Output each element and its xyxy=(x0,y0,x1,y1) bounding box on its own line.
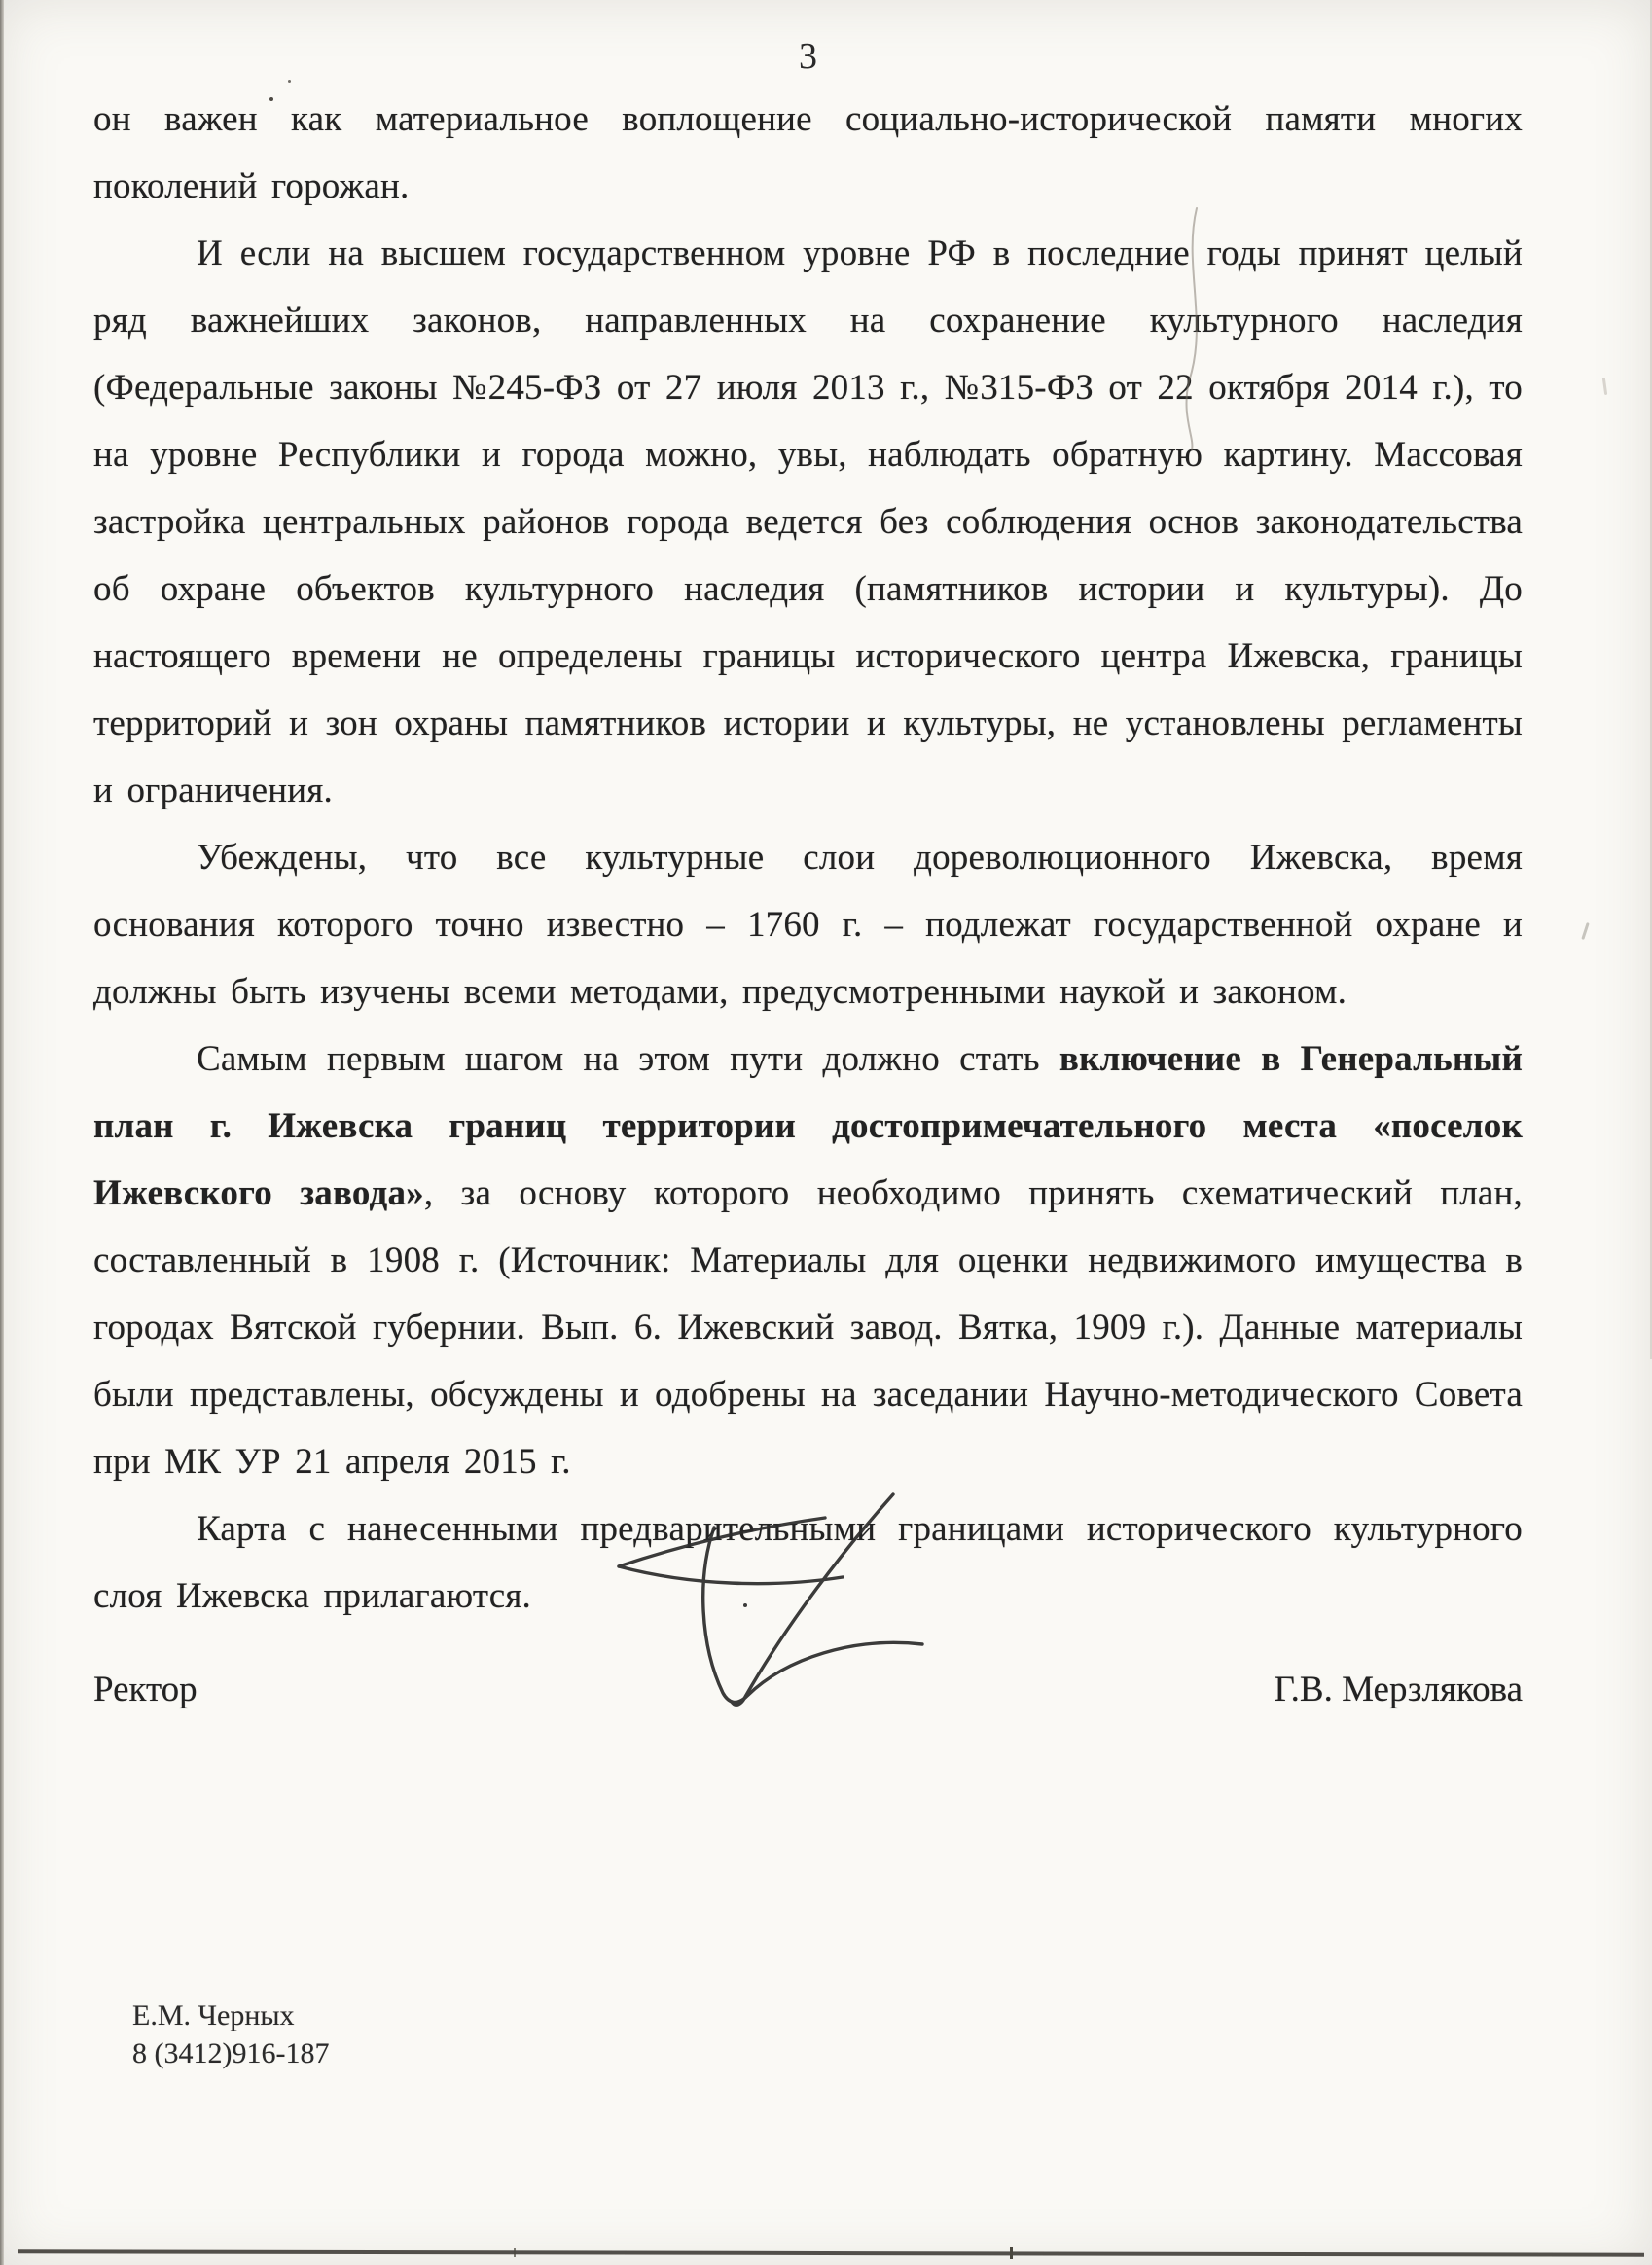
signatory-role-label: Ректор xyxy=(93,1669,198,1710)
paragraph-3-text: Убеждены, что все культурные слои дорево… xyxy=(93,838,1523,1012)
paragraph-4: Самым первым шагом на этом пути должно с… xyxy=(93,1025,1523,1495)
scan-ink-dot xyxy=(269,97,273,101)
scan-bottom-tick xyxy=(514,2248,516,2257)
contact-phone: 8 (3412)916-187 xyxy=(132,2034,329,2072)
paper-crease-mark xyxy=(1179,206,1208,451)
signature-block: Ректор Г.В. Мерзлякова xyxy=(93,1669,1523,1710)
scan-bottom-edge-line xyxy=(18,2249,1644,2257)
scan-bottom-tick xyxy=(1010,2247,1013,2259)
paragraph-1: он важен как материальное воплощение соц… xyxy=(93,86,1523,220)
signatory-name: Г.В. Мерзлякова xyxy=(1274,1669,1523,1710)
paragraph-2: И если на высшем государственном уровне … xyxy=(93,220,1523,824)
scan-ink-dot xyxy=(288,80,291,83)
contact-block: Е.М. Черных 8 (3412)916-187 xyxy=(132,1996,329,2072)
paragraph-2-text: И если на высшем государственном уровне … xyxy=(93,234,1523,810)
paragraph-1-text: он важен как материальное воплощение соц… xyxy=(93,99,1523,206)
paragraph-5: Карта с нанесенными предварительными гра… xyxy=(93,1495,1523,1630)
paragraph-4-text-tail: , за основу которого необходимо принять … xyxy=(93,1173,1523,1482)
document-body: 3 он важен как материальное воплощение с… xyxy=(0,0,1652,1630)
contact-name: Е.М. Черных xyxy=(132,1996,329,2034)
paragraph-3: Убеждены, что все культурные слои дорево… xyxy=(93,824,1523,1025)
paragraph-4-text-lead: Самым первым шагом на этом пути должно с… xyxy=(197,1039,1059,1079)
scan-left-edge-line xyxy=(0,0,4,2265)
paragraph-5-text: Карта с нанесенными предварительными гра… xyxy=(93,1509,1523,1616)
scanned-document-page: 3 он важен как материальное воплощение с… xyxy=(0,0,1652,2265)
page-number: 3 xyxy=(93,29,1523,86)
